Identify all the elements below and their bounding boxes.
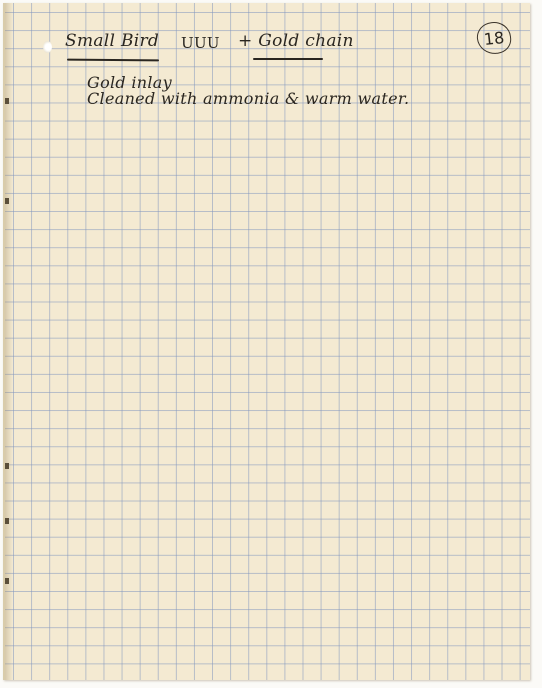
binder-mark (5, 578, 9, 584)
heading-item-gold-chain: + Gold chain (238, 31, 354, 51)
heading-item-small-bird: Small Bird (65, 31, 159, 51)
note-line: Cleaned with ammonia & warm water. (87, 89, 409, 108)
binder-mark (5, 463, 9, 469)
heading-underline (67, 59, 159, 62)
binder-mark (5, 198, 9, 204)
binder-mark (5, 98, 9, 104)
binder-mark (5, 518, 9, 524)
heading-marks: UUU (181, 34, 220, 52)
circled-page-number: 18 (475, 20, 512, 55)
graph-paper-sheet: Small Bird UUU + Gold chain Gold inlay C… (3, 3, 530, 680)
page-number-text: 18 (483, 27, 505, 48)
heading-underline (253, 58, 323, 60)
punch-hole (43, 41, 52, 53)
